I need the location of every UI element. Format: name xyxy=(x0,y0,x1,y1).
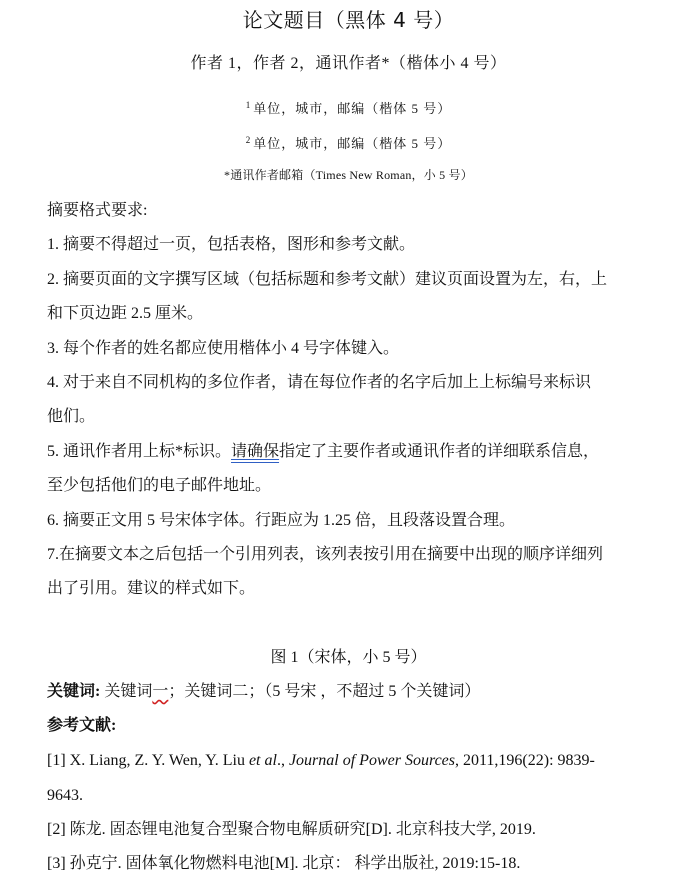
keywords-line: 关键词: 关键词一；关键词二；（5 号宋 ，不超过 5 个关键词） xyxy=(47,681,667,703)
abstract-item-7-line-1: 7.在摘要文本之后包括一个引用列表，该列表按引用在摘要中出现的顺序详细列 xyxy=(47,544,667,566)
keyword-separator: ； xyxy=(168,683,184,700)
abstract-item-4-line-2: 他们。 xyxy=(47,406,667,428)
reference-1-line-2: 9643. xyxy=(47,785,667,807)
affiliation-1-marker: 1 xyxy=(246,100,252,110)
figure-caption: 图 1（宋体，小 5 号） xyxy=(0,647,697,669)
references-heading: 参考文献: xyxy=(47,715,667,737)
affiliation-2-text: 单位，城市，邮编（楷体 5 号） xyxy=(253,136,451,151)
reference-1-journal: Journal of Power Sources xyxy=(289,752,455,769)
abstract-item-7-line-2: 出了引用。建议的样式如下。 xyxy=(47,578,667,600)
abstract-item-5-text-after: 指定了主要作者或通讯作者的详细联系信息， xyxy=(279,443,599,460)
affiliation-1: 1单位，城市，邮编（楷体 5 号） xyxy=(0,96,697,118)
document-page: 论文题目（黑体 4 号） 作者 1，作者 2，通讯作者*（楷体小 4 号） 1单… xyxy=(0,0,697,884)
reference-1-etal: et al xyxy=(249,752,277,769)
abstract-item-3: 3. 每个作者的姓名都应使用楷体小 4 号字体键入。 xyxy=(47,338,667,360)
author-list: 作者 1，作者 2，通讯作者*（楷体小 4 号） xyxy=(0,52,697,76)
reference-2: [2] 陈龙. 固态锂电池复合型聚合物电解质研究[D]. 北京科技大学, 201… xyxy=(47,819,667,841)
keywords-label: 关键词: xyxy=(47,683,100,700)
reference-1-punct: ., xyxy=(277,752,289,769)
keyword-1: 关键词 xyxy=(104,683,152,700)
abstract-item-5-line-1: 5. 通讯作者用上标*标识。请确保指定了主要作者或通讯作者的详细联系信息， xyxy=(47,441,667,463)
abstract-item-2-line-1: 2. 摘要页面的文字撰写区域（包括标题和参考文献）建议页面设置为左，右，上 xyxy=(47,269,667,291)
reference-1-authors: [1] X. Liang, Z. Y. Wen, Y. Liu xyxy=(47,752,249,769)
reference-1-line-1: [1] X. Liang, Z. Y. Wen, Y. Liu et al., … xyxy=(47,750,667,772)
abstract-item-5-line-2: 至少包括他们的电子邮件地址。 xyxy=(47,475,667,497)
affiliation-1-text: 单位，城市，邮编（楷体 5 号） xyxy=(253,101,451,116)
keywords-note: （5 号宋 ，不超过 5 个关键词） xyxy=(264,683,480,700)
abstract-item-2-line-2: 和下页边距 2.5 厘米。 xyxy=(47,303,667,325)
spelling-flagged-text[interactable]: 一 xyxy=(152,683,168,700)
corresponding-email: *通讯作者邮箱（Times New Roman，小 5 号） xyxy=(0,166,697,184)
reference-3: [3] 孙克宁. 固体氧化物燃料电池[M]. 北京： 科学出版社, 2019:1… xyxy=(47,853,667,875)
reference-1-details: , 2011,196(22): 9839- xyxy=(455,752,595,769)
abstract-item-1: 1. 摘要不得超过一页，包括表格，图形和参考文献。 xyxy=(47,234,667,256)
grammar-flagged-text[interactable]: 请确保 xyxy=(231,443,279,460)
abstract-heading: 摘要格式要求: xyxy=(47,200,667,222)
abstract-item-4-line-1: 4. 对于来自不同机构的多位作者，请在每位作者的名字后加上上标编号来标识 xyxy=(47,372,667,394)
affiliation-2-marker: 2 xyxy=(246,135,252,145)
abstract-item-6: 6. 摘要正文用 5 号宋体字体。行距应为 1.25 倍，且段落设置合理。 xyxy=(47,510,667,532)
abstract-item-5-text-before: 5. 通讯作者用上标*标识。 xyxy=(47,443,231,460)
affiliation-2: 2单位，城市，邮编（楷体 5 号） xyxy=(0,131,697,153)
keyword-2: 关键词二； xyxy=(184,683,264,700)
paper-title: 论文题目（黑体 4 号） xyxy=(0,6,697,34)
